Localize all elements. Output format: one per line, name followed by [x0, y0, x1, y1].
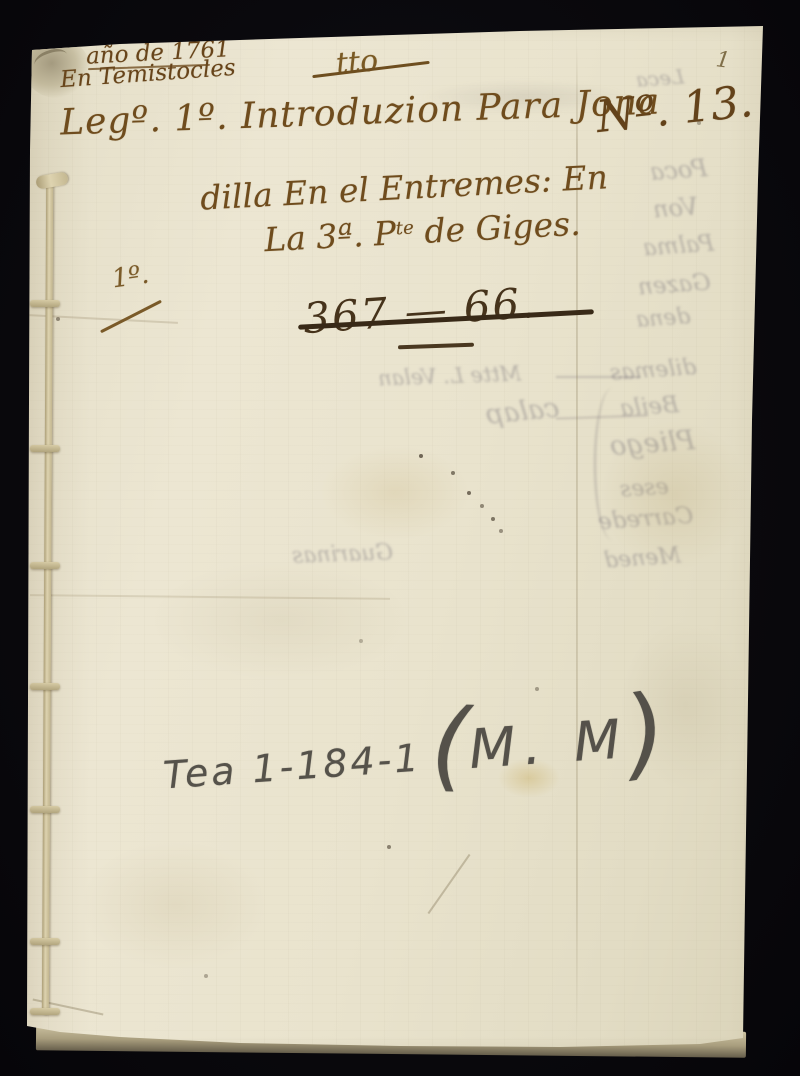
manuscript-photo: Leca Poca Von Palma Gazen dena dilemas B… [0, 0, 800, 1076]
binding-thread-loop [35, 171, 69, 189]
bleedthrough-word: Pliego [609, 425, 696, 462]
stain [320, 445, 470, 540]
bleedthrough-word: Gazen [637, 269, 711, 300]
bleedthrough-word: Guarinas [292, 540, 394, 569]
quire-mark: 1º. [110, 260, 151, 295]
pencil-shelfmark: Tea 1-184-1 ( M. M ) [159, 683, 669, 813]
stain [150, 560, 410, 680]
bleedthrough-word: Poca [649, 154, 708, 186]
stain [80, 840, 270, 970]
title-line3-superscript: te [395, 217, 414, 239]
strike-line-short [398, 343, 474, 350]
bleedthrough-word: Carrede [597, 503, 694, 536]
binding-stitch [30, 562, 60, 569]
shelfmark-paren-open: ( [429, 699, 470, 793]
bleedthrough-word: dena [635, 304, 691, 333]
bleedthrough-word: Beila [619, 392, 680, 422]
binding-stitch [30, 300, 60, 307]
manuscript-cover-page: Leca Poca Von Palma Gazen dena dilemas B… [0, 0, 800, 1076]
bleedthrough-word: Von [652, 192, 699, 223]
bleedthrough-word: dilemas [609, 355, 697, 386]
bleedthrough-word: calap [485, 392, 561, 430]
bleedthrough-word: Mened [603, 543, 681, 573]
quire-mark-slash [100, 300, 162, 334]
title-line3: La 3ª. Pte de Giges. [263, 204, 581, 260]
binding-stitch [30, 938, 60, 945]
crossed-out-number: 367 — 66. [302, 278, 539, 343]
binding-stitch [30, 683, 60, 690]
bleedthrough-word: eses [619, 474, 669, 502]
cancelled-scribble: tto [335, 43, 380, 82]
bleedthrough-word: Palma [642, 231, 715, 262]
bleedthrough-word: Mtte L. Velan [378, 362, 522, 391]
scratch-mark [428, 854, 471, 914]
title-line1: Legº. 1º. Introduzion Para Jona [59, 82, 661, 144]
title-line3-pre: La 3ª. P [263, 213, 397, 259]
foxing-speckles [0, 0, 2, 2]
folio-number: 1 [714, 47, 731, 74]
binding-stitch [30, 1008, 60, 1015]
binding-stitch [30, 806, 60, 813]
shelfmark-initials: M. M [467, 707, 631, 781]
shelfmark-text: Tea 1-184-1 [162, 736, 423, 798]
title-line3-post: de Giges. [413, 204, 581, 252]
horizontal-crease [30, 594, 390, 600]
binding-stitch [30, 445, 60, 452]
